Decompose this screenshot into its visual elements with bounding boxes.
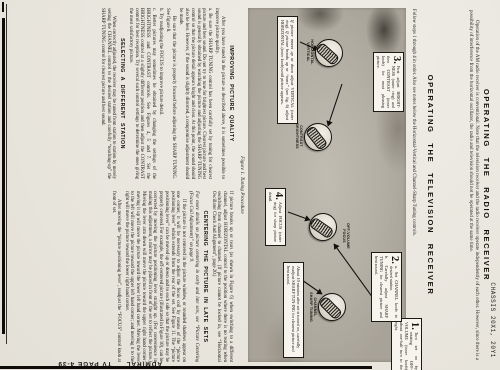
scan-edge-bottom-mark: [2, 2, 4, 12]
paragraph: When correctly adjusted, the receiver ma…: [99, 8, 116, 179]
body-columns: IMPROVING PICTURE QUALITY After you have…: [7, 8, 233, 362]
step-2-text-a: a. Set CHANNEL knob to desired station.: [389, 256, 399, 318]
sharp-tuning-note-box: About 10 minutes after set is turned on,…: [283, 262, 304, 358]
arrow-step3-to-contrast-knob: [328, 84, 342, 126]
list-item-b: b. Try readjusting the FOCUS to improve …: [158, 8, 164, 179]
vertical-horizontal-note-box: If picture moves up or down adjust VERTI…: [277, 16, 298, 124]
note-lead-2: If picture breaks up or “tears”: [285, 31, 290, 87]
tv-section-title: OPERATING THE TELEVISION RECEIVER: [426, 0, 435, 370]
paragraph: After you have tuned in the picture as d…: [214, 8, 226, 179]
step-2-box: 2. a. Set CHANNEL knob to desired statio…: [371, 252, 402, 322]
knob-label-horizontal-vertical: HORIZONTALVERTICAL: [305, 30, 314, 74]
knob-label-off-volume-focus: OFF-VOLUMEFOCUS: [341, 214, 350, 258]
rotated-scan-wrapper: CHASSIS 20X1, 20Y1 OPERATING THE RADIO R…: [0, 0, 500, 370]
page-edge-label: ADMIRALTV PAGE 4-39: [12, 352, 162, 367]
bottom-rule: [7, 4, 8, 344]
step-2-text-b: b. Carefully adjust SHARP TUNING for cle…: [374, 256, 389, 318]
right-column: If picture breaks up or tears (as shown …: [7, 191, 233, 362]
heading-centering-picture: CENTERING THE PICTURE IN LATE SETS: [201, 191, 207, 362]
horizontal-tearing-paragraph: If picture breaks up or tears (as shown …: [210, 191, 233, 362]
scan-edge-bottom: [2, 18, 5, 334]
step-3-number: 3.: [392, 56, 401, 64]
step-3-box: 3. First adjust BRIGHT-NESS (outer ring)…: [373, 52, 404, 112]
step-4-number: 4.: [274, 192, 283, 200]
knob-label-channel-sharp-tuning: CHANNELSHARP TUNING: [308, 285, 317, 329]
list-item-a-note: Be sure that the picture is properly foc…: [165, 8, 177, 179]
radio-section-paragraph: Operation of the AM radio receiver is co…: [467, 10, 479, 360]
step-4-box: 4. Adjust FOCUS (outer ring) for sharp p…: [265, 188, 286, 246]
centering-paragraph: If the picture is not centered in the pi…: [123, 191, 186, 362]
list-item-a: a. Be sure the SHARP TUNING control has …: [178, 8, 213, 179]
list-item-c: c. Better pictures may sometimes be obta…: [127, 8, 156, 179]
step-1-box: 1. Turn set on by rotating OFF-VOLUME (i…: [391, 318, 422, 370]
centering-reference-note: For more details on picture centering in…: [188, 191, 200, 362]
horizontal-vertical-knob-icon: [315, 39, 343, 67]
heading-improving-picture-quality: IMPROVING PICTURE QUALITY: [227, 8, 233, 179]
contrast-brightness-knob-icon: [304, 123, 332, 151]
heading-selecting-different-station: SELECTING A DIFFERENT STATION: [119, 8, 125, 179]
focus-readjust-paragraph: After moving the “picture positioning le…: [110, 191, 122, 362]
figure-caption: Figure 1. Tuning Procedure: [239, 0, 245, 370]
arrow-step4-to-focus-knob: [288, 212, 310, 220]
step-2-number: 2.: [390, 256, 399, 264]
step-1-number: 1.: [410, 322, 419, 330]
off-volume-focus-knob-icon: [309, 213, 337, 241]
scan-edge-right: [0, 366, 372, 369]
figure-1-tuning-diagram: HORIZONTALVERTICAL CONTRASTBRIGHTNESS OF…: [248, 8, 406, 362]
radio-section-title: OPERATING THE RADIO RECEIVER: [482, 0, 491, 370]
follow-steps-line: Follow steps 1 through 4 in order. Also …: [411, 9, 416, 309]
channel-sharp-tuning-knob-icon: [318, 293, 346, 321]
left-column: IMPROVING PICTURE QUALITY After you have…: [7, 8, 233, 179]
note-lead-1: If picture moves up or down: [290, 20, 295, 73]
manual-page: CHASSIS 20X1, 20Y1 OPERATING THE RADIO R…: [0, 0, 500, 370]
